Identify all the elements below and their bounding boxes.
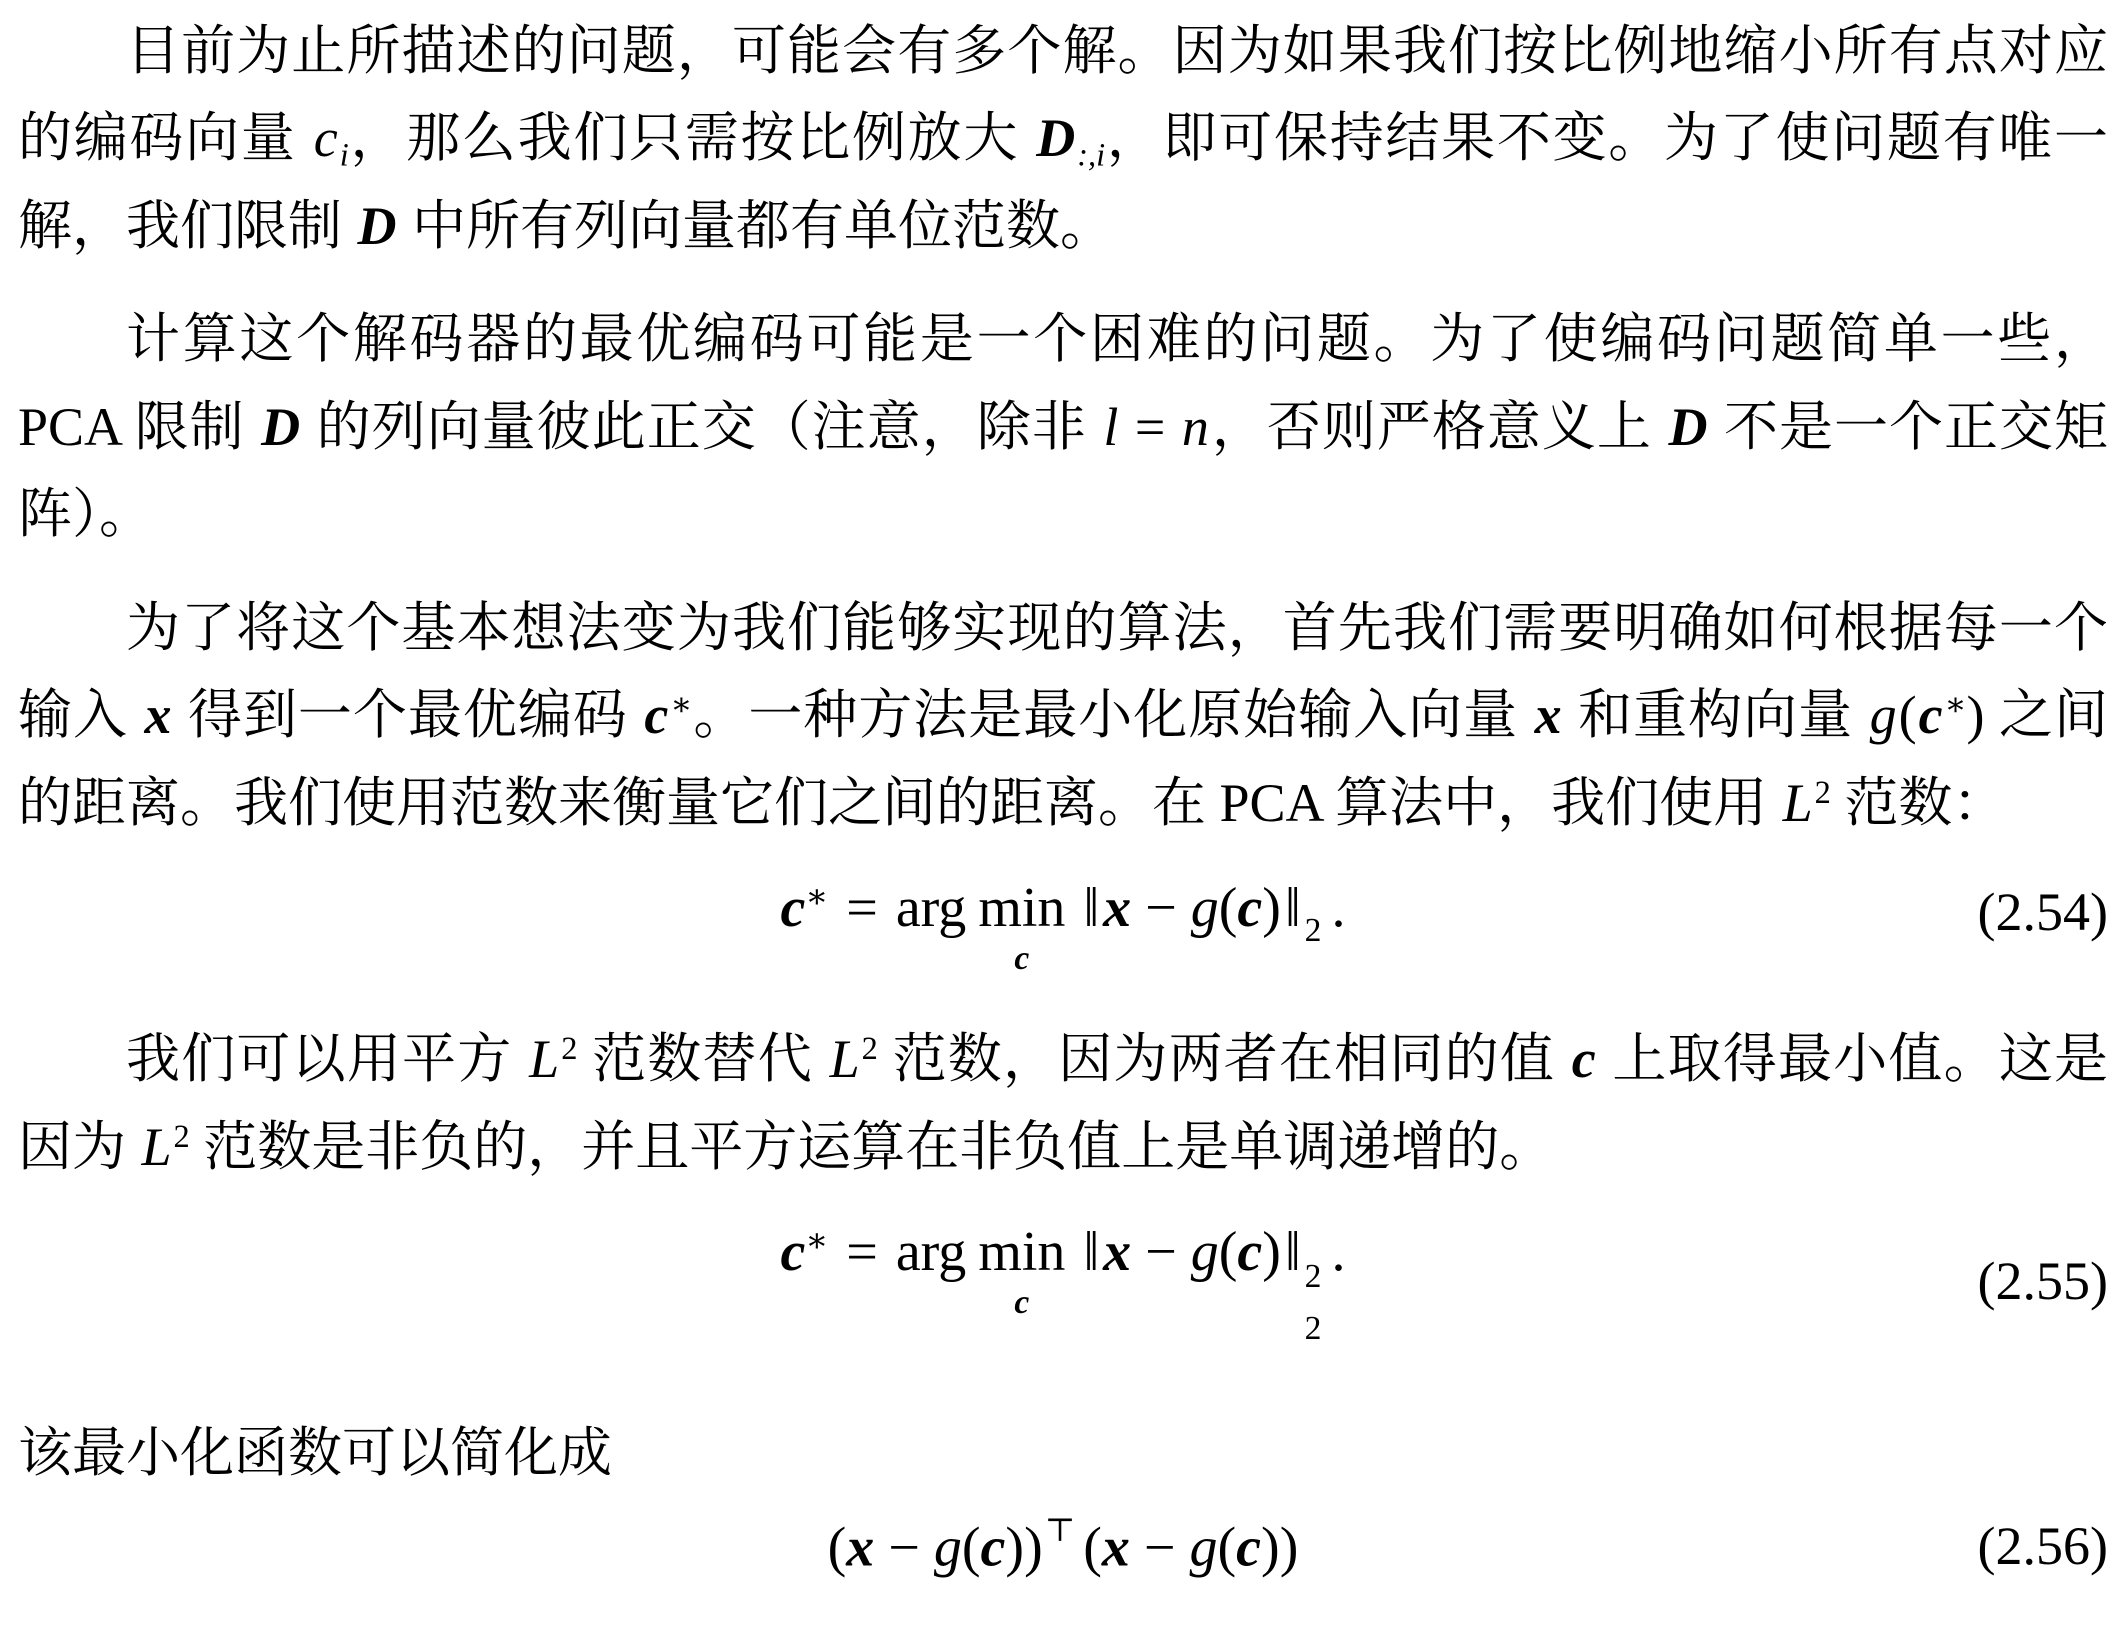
text-run: ，否则严格意义上: [1211, 397, 1667, 457]
equation-number: (2.56): [1978, 1513, 2108, 1581]
math-min-stack: minc: [978, 873, 1065, 943]
text-run: =: [1120, 397, 1179, 457]
math-run: i: [340, 138, 349, 174]
math-run: 2: [862, 1032, 878, 1068]
math-run: l: [1101, 397, 1120, 457]
paragraph: 我们可以用平方 L2 范数替代 L2 范数，因为两者在相同的值 c 上取得最小值…: [18, 1016, 2108, 1191]
math-norm-close: ‖: [1281, 877, 1305, 939]
math-run: c: [642, 685, 670, 745]
math-paren: (: [828, 1517, 847, 1579]
math-vector-x: x: [1103, 1221, 1131, 1283]
equation-number: (2.54): [1978, 879, 2108, 947]
text-run: 的列向量彼此正交（注意，除非: [302, 397, 1101, 457]
equation-2-54: c∗=argminc‖x−g(c)‖2. (2.54): [18, 873, 2108, 952]
math-run: L: [140, 1117, 174, 1177]
math-run: D: [1666, 397, 1709, 457]
text-run: 范数替代: [577, 1029, 827, 1089]
text-run: 我们可以用平方: [126, 1029, 527, 1089]
math-run: g: [1868, 685, 1899, 745]
math-function-g: g: [1190, 1517, 1218, 1579]
text-run: 范数是非负的，并且平方运算在非负值上是单调递增的。: [190, 1117, 1554, 1177]
math-run: x: [1533, 685, 1564, 745]
math-run: D: [1034, 108, 1077, 168]
text-run: 中所有列向量都有单位范数。: [399, 196, 1115, 256]
math-vector-x: x: [1102, 1517, 1130, 1579]
text-run: 得到一个最优编码: [173, 685, 642, 745]
math-paren: (: [1218, 1517, 1237, 1579]
math-run: c: [312, 108, 340, 168]
math-run: D: [259, 397, 302, 457]
math-norm-open: ‖: [1079, 877, 1103, 939]
math-run: 2: [1815, 775, 1831, 811]
math-min: min: [978, 1221, 1065, 1283]
math-min: min: [978, 877, 1065, 939]
math-norm-subscript: 2: [1305, 912, 1322, 949]
math-equals: =: [846, 1221, 878, 1283]
text-run: 范数，因为两者在相同的值: [878, 1029, 1570, 1089]
math-paren: ): [1261, 1517, 1280, 1579]
math-paren: ): [1262, 877, 1281, 939]
equation-2-56: (x−g(c))⊤(x−g(c)) (2.56): [18, 1511, 2108, 1582]
math-run: :,i: [1077, 138, 1105, 174]
equation-2-55: c∗=argminc‖x−g(c)‖22. (2.55): [18, 1217, 2108, 1345]
math-vector-c: c: [1237, 1221, 1262, 1283]
math-run: ∗: [670, 687, 692, 723]
math-superscript-star: ∗: [805, 879, 828, 916]
math-run: 2: [561, 1032, 577, 1068]
math-vector-c: c: [1237, 877, 1262, 939]
math-minus: −: [1144, 1517, 1176, 1579]
math-function-g: g: [934, 1517, 962, 1579]
math-norm-supsub: 22: [1305, 1260, 1322, 1346]
math-run: c: [1570, 1029, 1598, 1089]
equation-body: c∗=argminc‖x−g(c)‖2.: [781, 873, 1346, 952]
equation-body: (x−g(c))⊤(x−g(c)): [828, 1511, 1299, 1582]
math-equals: =: [846, 877, 878, 939]
paragraph: 为了将这个基本想法变为我们能够实现的算法，首先我们需要明确如何根据每一个输入 x…: [18, 585, 2108, 847]
equation-body: c∗=argminc‖x−g(c)‖22.: [781, 1217, 1346, 1345]
math-minus: −: [1145, 1221, 1177, 1283]
paragraph: 该最小化函数可以简化成: [18, 1410, 2108, 1497]
math-period: .: [1331, 877, 1345, 939]
math-run: L: [1781, 773, 1815, 833]
math-run: L: [828, 1029, 862, 1089]
math-run: ∗: [1945, 687, 1967, 723]
math-arg: arg: [896, 1221, 967, 1283]
math-minus: −: [888, 1517, 920, 1579]
math-paren: ): [1262, 1221, 1281, 1283]
math-arg: arg: [896, 877, 967, 939]
math-vector-x: x: [846, 1517, 874, 1579]
math-min-stack: minc: [978, 1217, 1065, 1287]
math-paren: ): [1280, 1517, 1299, 1579]
math-paren: ): [1024, 1517, 1043, 1579]
document-page: 目前为止所描述的问题，可能会有多个解。因为如果我们按比例地缩小所有点对应的编码向…: [0, 0, 2126, 1630]
math-vector-c: c: [981, 1517, 1006, 1579]
math-norm-subscript: 2: [1305, 1312, 1322, 1346]
math-vector-c: c: [781, 1221, 806, 1283]
text-run: 。一种方法是最小化原始输入向量: [692, 685, 1532, 745]
math-paren: (: [1219, 877, 1238, 939]
math-run: x: [142, 685, 173, 745]
equation-number: (2.55): [1978, 1248, 2108, 1316]
text-run: 范数：: [1831, 773, 2007, 833]
math-norm-superscript: 2: [1305, 1260, 1322, 1294]
math-run: D: [356, 196, 399, 256]
math-vector-x: x: [1103, 877, 1131, 939]
math-norm-open: ‖: [1079, 1221, 1103, 1283]
math-paren: (: [1083, 1517, 1102, 1579]
math-transpose: ⊤: [1045, 1513, 1076, 1549]
math-function-g: g: [1191, 877, 1219, 939]
math-min-subscript: c: [1014, 1282, 1029, 1324]
math-run: c: [1917, 685, 1945, 745]
text-run: ，那么我们只需按比例放大: [349, 108, 1035, 168]
math-vector-c: c: [1236, 1517, 1261, 1579]
paragraph: 目前为止所描述的问题，可能会有多个解。因为如果我们按比例地缩小所有点对应的编码向…: [18, 8, 2108, 270]
math-vector-c: c: [781, 877, 806, 939]
math-run: L: [527, 1029, 561, 1089]
text-run: 该最小化函数可以简化成: [18, 1423, 612, 1483]
paragraph: 计算这个解码器的最优编码可能是一个困难的问题。为了使编码问题简单一些，PCA 限…: [18, 296, 2108, 558]
math-norm-close: ‖: [1281, 1221, 1305, 1283]
math-minus: −: [1145, 877, 1177, 939]
math-run: n: [1180, 397, 1211, 457]
math-function-g: g: [1191, 1221, 1219, 1283]
text-run: (: [1899, 685, 1917, 745]
math-min-subscript: c: [1014, 938, 1029, 980]
math-superscript-star: ∗: [805, 1223, 828, 1260]
math-period: .: [1331, 1221, 1345, 1283]
math-run: 2: [174, 1119, 190, 1155]
math-paren: ): [1005, 1517, 1024, 1579]
math-paren: (: [962, 1517, 981, 1579]
math-paren: (: [1219, 1221, 1238, 1283]
text-run: 和重构向量: [1564, 685, 1868, 745]
